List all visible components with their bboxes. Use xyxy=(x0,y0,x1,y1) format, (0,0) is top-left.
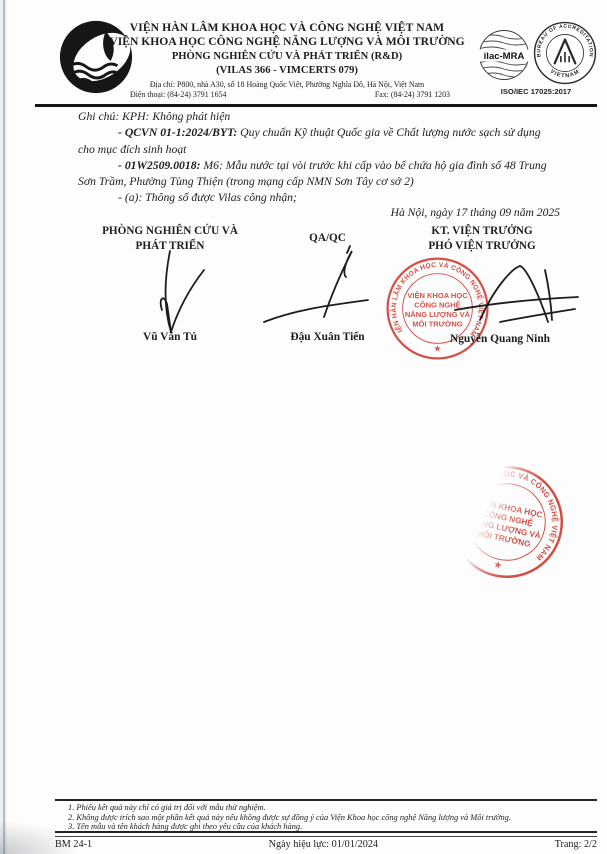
note-sample-cont: Sơn Trầm, Phường Tùng Thiện (trong mạng … xyxy=(78,174,570,190)
signature-nguyen-quang-ninh xyxy=(445,256,580,334)
footer-note-1: 1. Phiếu kết quả này chỉ có giá trị đối … xyxy=(68,803,590,813)
note-qcvn-cont: cho mục đích sinh hoạt xyxy=(78,142,570,158)
note-qcvn-code: - QCVN 01-1:2024/BYT: xyxy=(118,126,237,139)
department-name: PHÒNG NGHIÊN CỨU VÀ PHÁT TRIỂN (R&D) xyxy=(96,51,478,62)
ilac-mra-logo-icon: ilac-MRA xyxy=(477,28,531,82)
fax-number: Fax: (84-24) 3791 1203 xyxy=(375,90,450,99)
signer-title-rnd-line1: PHÒNG NGHIÊN CỨU VÀ xyxy=(75,224,265,239)
note-legend: Ghi chú: KPH: Không phát hiện xyxy=(78,109,570,125)
note-qcvn-text: Quy chuẩn Kỹ thuật Quốc gia về Chất lượn… xyxy=(237,126,540,139)
org-name: VIỆN KHOA HỌC CÔNG NGHỆ NĂNG LƯỢNG VÀ MÔ… xyxy=(96,35,478,48)
boa-vietnam-logo-icon: BUREAU OF ACCREDITATION VIETNAM xyxy=(532,20,598,86)
signer-title-director-line1: KT. VIỆN TRƯỞNG xyxy=(398,224,566,239)
address-line: Địa chỉ: P800, nhà A30, số 18 Hoàng Quốc… xyxy=(96,80,478,89)
letterhead: VIỆN HÀN LÂM KHOA HỌC VÀ CÔNG NGHỆ VIỆT … xyxy=(96,21,478,99)
document-page: VIỆN HÀN LÂM KHOA HỌC VÀ CÔNG NGHỆ VIỆT … xyxy=(0,0,607,854)
footer-meta-row: BM 24-1 Ngày hiệu lực: 01/01/2024 Trang:… xyxy=(55,839,597,850)
page-number: Trang: 2/2 xyxy=(555,839,597,850)
ilac-mra-label: ilac-MRA xyxy=(484,51,525,62)
note-sample: - 01W2509.0018: M6: Mẫu nước tại vòi trư… xyxy=(78,158,570,174)
signature-dau-xuan-tien xyxy=(262,243,372,331)
note-sample-text: M6: Mẫu nước tại vòi trước khi cấp vào b… xyxy=(200,159,546,172)
header-divider xyxy=(35,104,597,107)
footer-divider-top xyxy=(55,799,597,801)
signer-name-1: Vũ Văn Tú xyxy=(95,331,245,343)
note-qcvn: - QCVN 01-1:2024/BYT: Quy chuẩn Kỹ thuật… xyxy=(78,125,570,141)
accreditation-codes: (VILAS 366 - VIMCERTS 079) xyxy=(96,65,478,76)
note-sample-code: - 01W2509.0018: xyxy=(118,159,200,172)
notes-block: Ghi chú: KPH: Không phát hiện - QCVN 01-… xyxy=(78,109,570,207)
signer-name-2: Đậu Xuân Tiến xyxy=(255,331,400,343)
date-line: Hà Nội, ngày 17 tháng 09 năm 2025 xyxy=(391,206,560,219)
stamp-star: ★ xyxy=(434,344,442,353)
signature-vu-van-tu xyxy=(140,248,230,338)
partial-red-stamp: VIỆN HÀN LÂM KHOA HỌC VÀ CÔNG NGHỆ VIỆT … xyxy=(433,448,580,595)
footer-divider-mid2 xyxy=(55,836,597,837)
signer-title-director-line2: PHÓ VIỆN TRƯỞNG xyxy=(398,239,566,254)
iso-standard-label: ISO/IEC 17025:2017 xyxy=(478,87,594,96)
phone-number: Điện thoại: (84-24) 3791 1654 xyxy=(130,90,226,99)
footer-notes: 1. Phiếu kết quả này chỉ có giá trị đối … xyxy=(68,803,590,832)
partial-stamp-star: ★ xyxy=(492,560,503,571)
note-vilas: - (a): Thông số được Vilas công nhận; xyxy=(78,190,570,206)
footer-note-2: 2. Không được trích sao một phần kết quả… xyxy=(68,813,590,823)
footer-divider-mid xyxy=(55,831,597,833)
form-code: BM 24-1 xyxy=(55,839,92,850)
scan-edge-line xyxy=(3,0,5,854)
signer-title-director: KT. VIỆN TRƯỞNG PHÓ VIỆN TRƯỞNG xyxy=(398,224,566,253)
effective-date: Ngày hiệu lực: 01/01/2024 xyxy=(269,839,378,850)
org-name-parent: VIỆN HÀN LÂM KHOA HỌC VÀ CÔNG NGHỆ VIỆT … xyxy=(96,21,478,34)
signer-name-3: Nguyễn Quang Ninh xyxy=(422,333,578,345)
